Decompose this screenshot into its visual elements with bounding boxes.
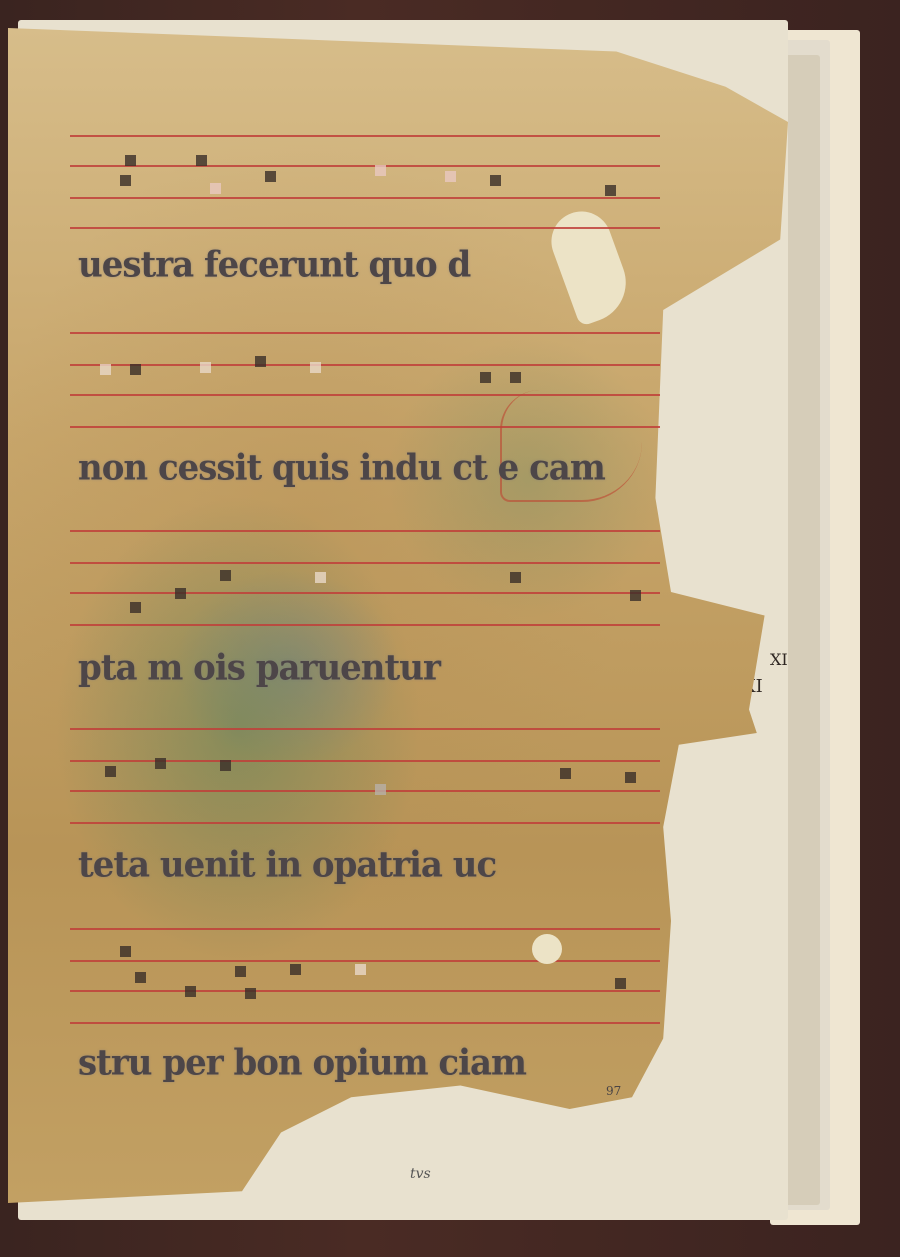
lyric-line: non cessit quis indu ct e cam: [78, 447, 605, 489]
music-staff: [70, 135, 660, 225]
lyric-line: pta m ois paruentur: [78, 647, 440, 689]
music-staff: [70, 728, 660, 818]
music-staff: [70, 928, 660, 1018]
music-staff: [70, 530, 660, 620]
roman-numeral-fragment-back: XI: [770, 650, 788, 669]
lyric-line: teta uenit in opatria uc: [78, 844, 496, 886]
lyric-line: stru per bon opium ciam: [78, 1042, 526, 1084]
lyric-line: uestra fecerunt quo d: [78, 244, 470, 286]
parchment-hole: [532, 934, 562, 964]
pencil-annotation: tvs: [410, 1166, 431, 1182]
folio-number: 97: [606, 1084, 621, 1098]
